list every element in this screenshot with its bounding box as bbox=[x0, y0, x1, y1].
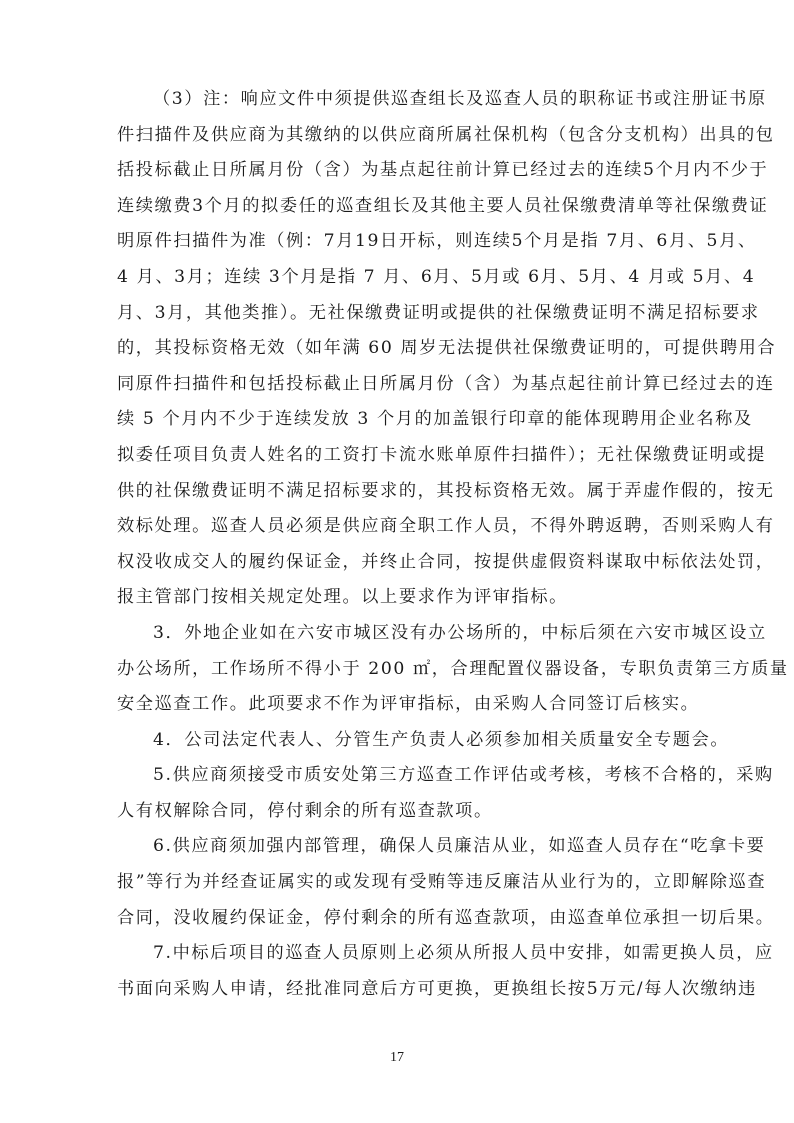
text-line: 办公场所，工作场所不得小于 200 ㎡，合理配置仪器设备，专职负责第三方质量 bbox=[81, 652, 717, 688]
document-page: （3）注：响应文件中须提供巡查组长及巡查人员的职称证书或注册证书原 件扫描件及供… bbox=[0, 0, 794, 1123]
text-line: 4 月、3月；连续 3个月是指 7 月、6月、5月或 6月、5月、4 月或 5月… bbox=[81, 260, 717, 296]
text-line: 件扫描件及供应商为其缴纳的以供应商所属社保机构（包含分支机构）出具的包 bbox=[81, 118, 717, 154]
paragraph-item-7: 7.中标后项目的巡查人员原则上必须从所报人员中安排，如需更换人员，应 书面向采购… bbox=[81, 936, 717, 1007]
page-number: 17 bbox=[0, 1050, 794, 1066]
paragraph-note-3: （3）注：响应文件中须提供巡查组长及巡查人员的职称证书或注册证书原 件扫描件及供… bbox=[81, 82, 717, 616]
text-line: 报”等行为并经查证属实的或发现有受贿等违反廉洁从业行为的，立即解除巡查 bbox=[81, 865, 717, 901]
text-line: 月、3月，其他类推）。无社保缴费证明或提供的社保缴费证明不满足招标要求 bbox=[81, 296, 717, 332]
text-line: 7.中标后项目的巡查人员原则上必须从所报人员中安排，如需更换人员，应 bbox=[81, 936, 717, 972]
text-line: 3．外地企业如在六安市城区没有办公场所的，中标后须在六安市城区设立 bbox=[81, 616, 717, 652]
text-line: 的，其投标资格无效（如年满 60 周岁无法提供社保缴费证明的，可提供聘用合 bbox=[81, 331, 717, 367]
text-line: 连续缴费3个月的拟委任的巡查组长及其他主要人员社保缴费清单等社保缴费证 bbox=[81, 189, 717, 225]
text-line: 同原件扫描件和包括投标截止日所属月份（含）为基点起往前计算已经过去的连 bbox=[81, 367, 717, 403]
page-body: （3）注：响应文件中须提供巡查组长及巡查人员的职称证书或注册证书原 件扫描件及供… bbox=[81, 82, 717, 1007]
paragraph-item-4: 4．公司法定代表人、分管生产负责人必须参加相关质量安全专题会。 bbox=[81, 723, 717, 759]
text-line: 效标处理。巡查人员必须是供应商全职工作人员，不得外聘返聘，否则采购人有 bbox=[81, 509, 717, 545]
paragraph-item-5: 5.供应商须接受市质安处第三方巡查工作评估或考核，考核不合格的，采购 人有权解除… bbox=[81, 758, 717, 829]
text-line: 书面向采购人申请，经批准同意后方可更换，更换组长按5万元/每人次缴纳违 bbox=[81, 972, 717, 1008]
paragraph-item-3: 3．外地企业如在六安市城区没有办公场所的，中标后须在六安市城区设立 办公场所，工… bbox=[81, 616, 717, 723]
text-line: 续 5 个月内不少于连续发放 3 个月的加盖银行印章的能体现聘用企业名称及 bbox=[81, 402, 717, 438]
text-line: 6.供应商须加强内部管理，确保人员廉洁从业，如巡查人员存在“吃拿卡要 bbox=[81, 829, 717, 865]
text-line: 供的社保缴费证明不满足招标要求的，其投标资格无效。属于弄虚作假的，按无 bbox=[81, 474, 717, 510]
paragraph-item-6: 6.供应商须加强内部管理，确保人员廉洁从业，如巡查人员存在“吃拿卡要 报”等行为… bbox=[81, 829, 717, 936]
text-line: （3）注：响应文件中须提供巡查组长及巡查人员的职称证书或注册证书原 bbox=[81, 82, 717, 118]
text-line: 报主管部门按相关规定处理。以上要求作为评审指标。 bbox=[81, 580, 717, 616]
text-line: 4．公司法定代表人、分管生产负责人必须参加相关质量安全专题会。 bbox=[81, 723, 717, 759]
text-line: 5.供应商须接受市质安处第三方巡查工作评估或考核，考核不合格的，采购 bbox=[81, 758, 717, 794]
text-line: 权没收成交人的履约保证金，并终止合同，按提供虚假资料谋取中标依法处罚， bbox=[81, 545, 717, 581]
text-line: 安全巡查工作。此项要求不作为评审指标，由采购人合同签订后核实。 bbox=[81, 687, 717, 723]
text-line: 人有权解除合同，停付剩余的所有巡查款项。 bbox=[81, 794, 717, 830]
text-line: 明原件扫描件为准（例：7月19日开标，则连续5个月是指 7月、6月、5月、 bbox=[81, 224, 717, 260]
text-line: 合同，没收履约保证金，停付剩余的所有巡查款项，由巡查单位承担一切后果。 bbox=[81, 901, 717, 937]
text-line: 括投标截止日所属月份（含）为基点起往前计算已经过去的连续5个月内不少于 bbox=[81, 153, 717, 189]
text-line: 拟委任项目负责人姓名的工资打卡流水账单原件扫描件）；无社保缴费证明或提 bbox=[81, 438, 717, 474]
